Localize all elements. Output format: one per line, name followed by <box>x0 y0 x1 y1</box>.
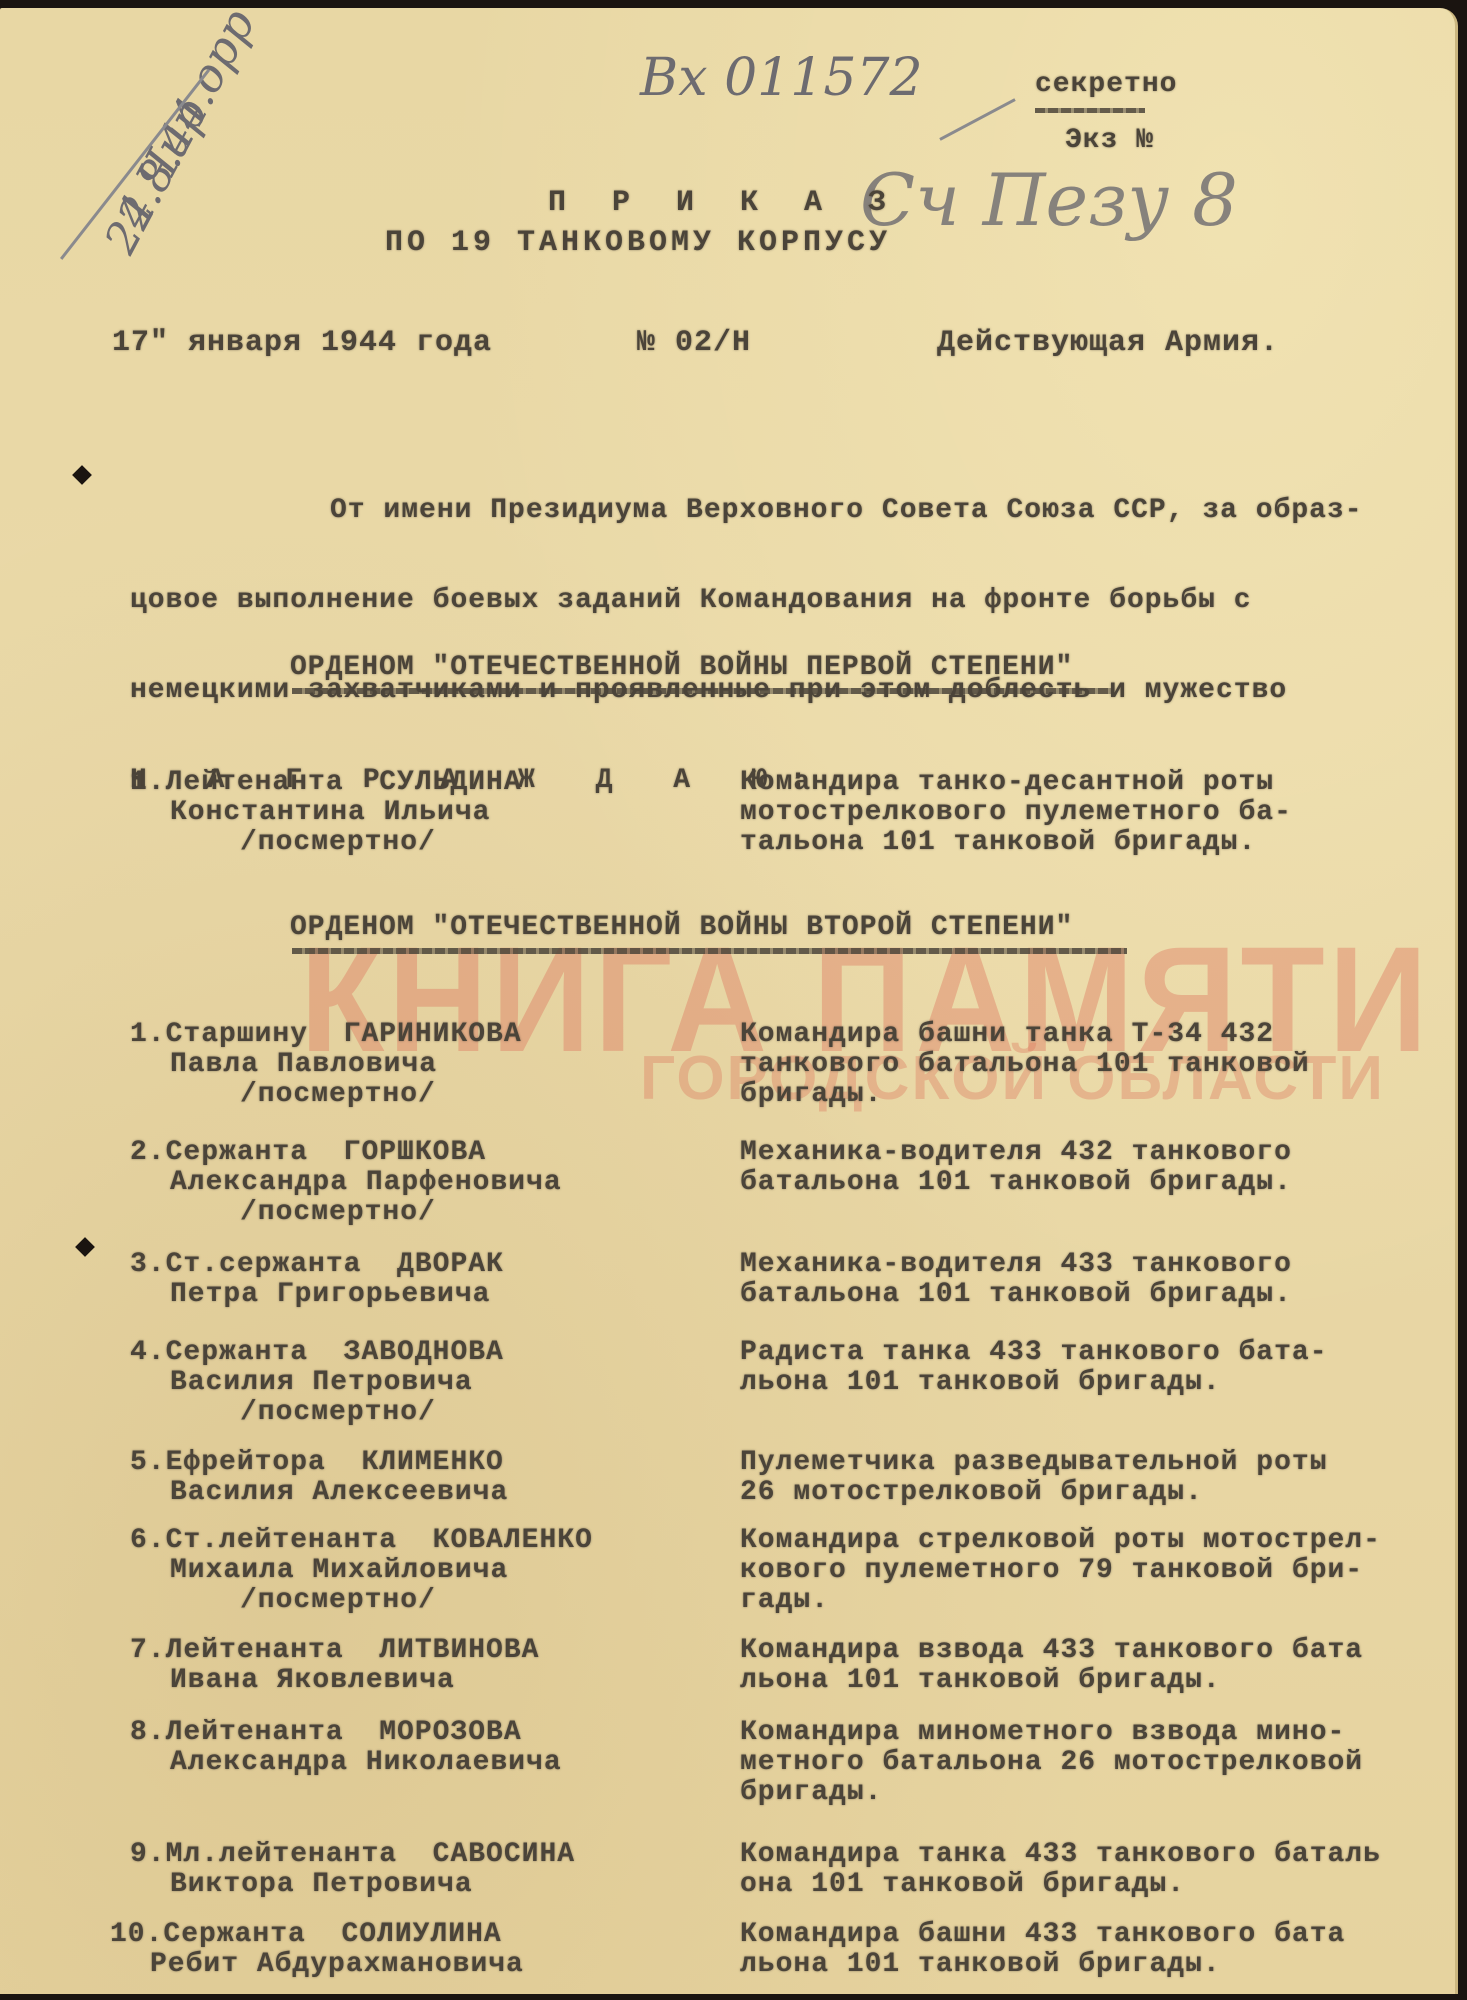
position-line: Командира башни танка Т-34 432 <box>740 1020 1420 1050</box>
recipient-position: Механика-водителя 433 танковогобатальона… <box>740 1250 1420 1310</box>
award-recipient: 7.Лейтенанта ЛИТВИНОВАИвана Яковлевича <box>130 1636 650 1696</box>
recipient-number: 10. <box>110 1919 163 1950</box>
recipient-rank-surname: 2.Сержанта ГОРШКОВА <box>130 1138 650 1168</box>
recipient-given-names: Василия Алексеевича <box>130 1478 650 1508</box>
recipient-number: 6. <box>130 1525 166 1556</box>
recipient-given-names: Петра Григорьевича <box>130 1280 650 1310</box>
section-heading-underline <box>292 688 1112 694</box>
recipient-given-names: Александра Парфеновича <box>130 1168 650 1198</box>
position-line: Механика-водителя 433 танкового <box>740 1250 1420 1280</box>
recipient-number: 5. <box>130 1447 166 1478</box>
recipient-given-names: Михаила Михайловича <box>130 1556 650 1586</box>
recipient-position: Радиста танка 433 танкового бата-льона 1… <box>740 1338 1420 1398</box>
recipient-posthumous-note: /посмертно/ <box>130 1586 650 1616</box>
recipient-given-names: Виктора Петровича <box>130 1870 650 1900</box>
position-line: она 101 танковой бригады. <box>740 1870 1420 1900</box>
award-recipient: 9.Мл.лейтенанта САВОСИНАВиктора Петрович… <box>130 1840 650 1900</box>
position-line: кового пулеметного 79 танковой бри- <box>740 1556 1420 1586</box>
recipient-position: Командира танко-десантной ротымотострелк… <box>740 768 1420 858</box>
position-line: батальона 101 танковой бригады. <box>740 1168 1420 1198</box>
recipient-rank-surname: 8.Лейтенанта МОРОЗОВА <box>130 1718 650 1748</box>
position-line: Командира башни 433 танкового бата <box>740 1920 1420 1950</box>
recipient-number: 1. <box>130 767 166 798</box>
paper-tear-mark <box>72 465 92 485</box>
recipient-number: 9. <box>130 1839 166 1870</box>
recipient-given-names: Ивана Яковлевича <box>130 1666 650 1696</box>
position-line: Командира танко-десантной роты <box>740 768 1420 798</box>
document-subtitle: ПО 19 ТАНКОВОМУ КОРПУСУ <box>385 226 891 260</box>
recipient-rank-surname: 10.Сержанта СОЛИУЛИНА <box>110 1920 630 1950</box>
section-heading-second-degree: ОРДЕНОМ "ОТЕЧЕСТВЕННОЙ ВОЙНЫ ВТОРОЙ СТЕП… <box>290 913 1073 943</box>
signature-stroke <box>939 98 1015 141</box>
recipient-position: Командира взвода 433 танкового батальона… <box>740 1636 1420 1696</box>
recipient-given-names: Александра Николаевича <box>130 1748 650 1778</box>
award-recipient: 4.Сержанта ЗАВОДНОВАВасилия Петровича/по… <box>130 1338 650 1428</box>
recipient-rank-surname: 9.Мл.лейтенанта САВОСИНА <box>130 1840 650 1870</box>
position-line: льона 101 танковой бригады. <box>740 1666 1420 1696</box>
section-heading-underline <box>292 948 1127 954</box>
recipient-rank-surname: 7.Лейтенанта ЛИТВИНОВА <box>130 1636 650 1666</box>
recipient-position: Командира танка 433 танкового батальона … <box>740 1840 1420 1900</box>
award-recipient: 1.Старшину ГАРИНИКОВАПавла Павловича/пос… <box>130 1020 650 1110</box>
paper-tear-mark <box>75 1237 95 1257</box>
recipient-posthumous-note: /посмертно/ <box>130 1080 650 1110</box>
preamble-line-2: цовое выполнение боевых заданий Командов… <box>130 586 1363 616</box>
position-line: Командира взвода 433 танкового бата <box>740 1636 1420 1666</box>
position-line: Пулеметчика разведывательной роты <box>740 1448 1420 1478</box>
award-recipient: 1.Лейтенанта СУЛЬДИНАКонстантина Ильича/… <box>130 768 650 858</box>
recipient-given-names: Константина Ильича <box>130 798 650 828</box>
preamble-line-1: От имени Президиума Верховного Совета Со… <box>130 496 1363 526</box>
position-line: Командира танка 433 танкового баталь <box>740 1840 1420 1870</box>
recipient-number: 7. <box>130 1635 166 1666</box>
classification-secret: секретно <box>1035 70 1177 100</box>
position-line: Командира стрелковой роты мотострел- <box>740 1526 1420 1556</box>
position-line: Командира минометного взвода мино- <box>740 1718 1420 1748</box>
recipient-rank-surname: 4.Сержанта ЗАВОДНОВА <box>130 1338 650 1368</box>
recipient-rank-surname: 3.Ст.сержанта ДВОРАК <box>130 1250 650 1280</box>
position-line: бригады. <box>740 1080 1420 1110</box>
recipient-given-names: Павла Павловича <box>130 1050 650 1080</box>
recipient-number: 8. <box>130 1717 166 1748</box>
classification-underline <box>1035 108 1145 113</box>
award-recipient: 3.Ст.сержанта ДВОРАКПетра Григорьевича <box>130 1250 650 1310</box>
recipient-rank-surname: 6.Ст.лейтенанта КОВАЛЕНКО <box>130 1526 650 1556</box>
recipient-number: 2. <box>130 1137 166 1168</box>
section-heading-first-degree: ОРДЕНОМ "ОТЕЧЕСТВЕННОЙ ВОЙНЫ ПЕРВОЙ СТЕП… <box>290 653 1073 683</box>
recipient-rank-surname: 1.Лейтенанта СУЛЬДИНА <box>130 768 650 798</box>
recipient-position: Командира стрелковой роты мотострел-ково… <box>740 1526 1420 1616</box>
award-recipient: 6.Ст.лейтенанта КОВАЛЕНКОМихаила Михайло… <box>130 1526 650 1616</box>
classification-copy: Экз № <box>1065 126 1154 156</box>
recipient-posthumous-note: /посмертно/ <box>130 1398 650 1428</box>
award-recipient: 2.Сержанта ГОРШКОВААлександра Парфенович… <box>130 1138 650 1228</box>
position-line: Радиста танка 433 танкового бата- <box>740 1338 1420 1368</box>
archive-number: Вх 011572 <box>640 48 923 108</box>
recipient-position: Командира минометного взвода мино-метног… <box>740 1718 1420 1808</box>
recipient-number: 3. <box>130 1249 166 1280</box>
award-recipient: 8.Лейтенанта МОРОЗОВААлександра Николаев… <box>130 1718 650 1778</box>
recipient-posthumous-note: /посмертно/ <box>130 828 650 858</box>
order-location: Действующая Армия. <box>937 326 1279 360</box>
recipient-position: Механика-водителя 432 танковогобатальона… <box>740 1138 1420 1198</box>
position-line: льона 101 танковой бригады. <box>740 1950 1420 1980</box>
award-recipient: 5.Ефрейтора КЛИМЕНКОВасилия Алексеевича <box>130 1448 650 1508</box>
recipient-position: Командира башни 433 танкового батальона … <box>740 1920 1420 1980</box>
position-line: Механика-водителя 432 танкового <box>740 1138 1420 1168</box>
position-line: танкового батальона 101 танковой <box>740 1050 1420 1080</box>
signature-mark: Сч Пезу 8 <box>860 158 1238 242</box>
position-line: гады. <box>740 1586 1420 1616</box>
recipient-position: Командира башни танка Т-34 432танкового … <box>740 1020 1420 1110</box>
position-line: льона 101 танковой бригады. <box>740 1368 1420 1398</box>
order-date: 17" января 1944 года <box>112 326 492 360</box>
position-line: тальона 101 танковой бригады. <box>740 828 1420 858</box>
order-number: № 02/Н <box>637 326 751 360</box>
document-page: КНИГА ПАМЯТИ ГОРОДСКОЙ ОБЛАСТИ 4 Чир орр… <box>0 8 1458 1994</box>
position-line: метного батальона 26 мотострелковой <box>740 1748 1420 1778</box>
position-line: бригады. <box>740 1778 1420 1808</box>
document-title: П Р И К А З <box>548 186 900 220</box>
recipient-rank-surname: 5.Ефрейтора КЛИМЕНКО <box>130 1448 650 1478</box>
position-line: мотострелкового пулеметного ба- <box>740 798 1420 828</box>
recipient-given-names: Ребит Абдурахмановича <box>110 1950 630 1980</box>
recipient-position: Пулеметчика разведывательной роты26 мото… <box>740 1448 1420 1508</box>
position-line: батальона 101 танковой бригады. <box>740 1280 1420 1310</box>
recipient-number: 4. <box>130 1337 166 1368</box>
recipient-rank-surname: 1.Старшину ГАРИНИКОВА <box>130 1020 650 1050</box>
recipient-given-names: Василия Петровича <box>130 1368 650 1398</box>
recipient-posthumous-note: /посмертно/ <box>130 1198 650 1228</box>
recipient-number: 1. <box>130 1019 166 1050</box>
award-recipient: 10.Сержанта СОЛИУЛИНАРебит Абдурахманови… <box>110 1920 630 1980</box>
position-line: 26 мотострелковой бригады. <box>740 1478 1420 1508</box>
